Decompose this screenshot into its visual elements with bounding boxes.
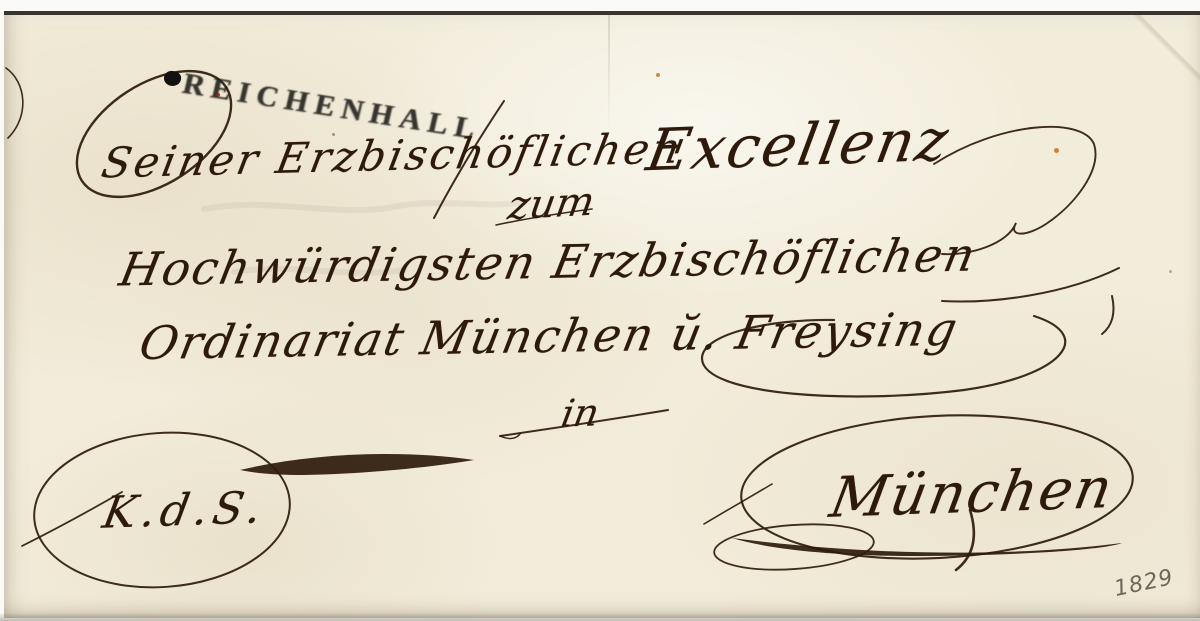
address-line4: Ordinariat München ŭ. Freysing [135,302,963,370]
show-through-mark [204,202,524,210]
muenchen-heavy-underline [732,538,1122,556]
paper-speck [332,133,335,136]
address-line5-in: in [558,390,603,435]
fox-spot [1054,148,1059,153]
address-line3: Hochwürdigsten Erzbischöflichen [115,228,981,297]
destination-city: München [825,456,1119,531]
fox-spot [656,73,660,77]
scan-background: REICHENHALL Seiner Erzbischöflichen Exce… [0,0,1200,621]
letter-paper: REICHENHALL Seiner Erzbischöflichen Exce… [4,11,1200,618]
flourish-freysing-descender [1102,296,1114,334]
kds-heavy-stroke [240,454,474,475]
paper-speck [1169,270,1172,273]
muenchen-lead-in [704,484,772,524]
flourish-left-edge [6,68,23,138]
red-speck-in-postmark [216,93,220,97]
corner-fold-top-right [1134,15,1200,81]
in-underline-hook [500,434,520,438]
address-line1-excellenz: Excellenz [642,106,955,184]
ink-blob [163,69,183,87]
fold-crease-vertical [608,15,610,133]
service-mark: K.d.S. [99,482,271,539]
address-line1: Seiner Erzbischöflichen [98,123,687,187]
scan-shadow-bottom [0,613,1200,621]
pencil-year: 1829 [1112,565,1176,602]
address-line2-zum: zum [505,179,598,229]
